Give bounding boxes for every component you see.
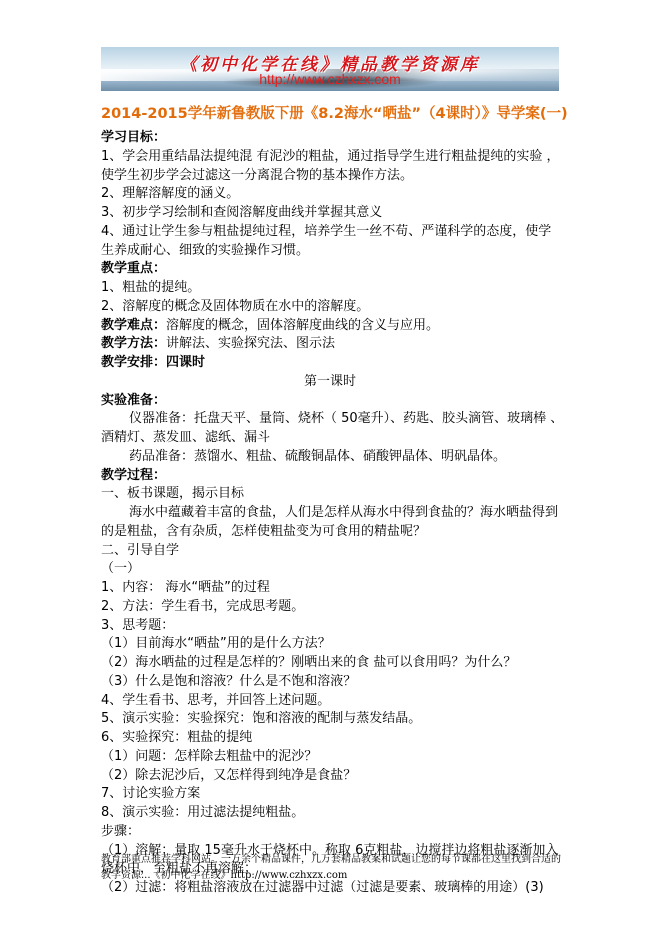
text-line: 一、板书课题，揭示目标 <box>101 484 244 503</box>
section-label-line: 学习目标： <box>101 128 166 147</box>
text-line: （2）除去泥沙后，又怎样得到纯净是食盐？ <box>101 766 356 785</box>
field-value: 讲解法、实验探究法、图示法 <box>166 336 335 351</box>
text-line: （3）什么是饱和溶液？什么是不饱和溶液？ <box>101 672 356 691</box>
text-line: 6、实验探究：粗盐的提纯 <box>101 728 252 747</box>
field-label: 教学难点： <box>101 318 166 333</box>
text-line: 二、引导自学 <box>101 541 179 560</box>
text-line: 3、初步学习绘制和查阅溶解度曲线并掌握其意义 <box>101 203 382 222</box>
document-title: 2014-2015学年新鲁教版下册《8.2海水“晒盐”（4课时）》导学案(一) <box>101 102 571 123</box>
header-banner: 《初中化学在线》精品教学资源库 http://www.czhxzx.com <box>101 47 559 91</box>
text-line: 1、粗盐的提纯。 <box>101 278 200 297</box>
text-line: 海水中蕴藏着丰富的食盐，人们是怎样从海水中得到食盐的？海水晒盐得到 <box>101 503 558 522</box>
footer-line-2: 教学资源...《初中化学在线》http://www.czhxzx.com <box>101 868 561 884</box>
banner-url[interactable]: http://www.czhxzx.com <box>101 71 559 87</box>
text-line: （1）问题：怎样除去粗盐中的泥沙？ <box>101 747 317 766</box>
text-line: 4、学生看书、思考，并回答上述问题。 <box>101 691 330 710</box>
text-line: 3、思考题： <box>101 616 174 635</box>
text-line: 酒精灯、蒸发皿、滤纸、漏斗 <box>101 428 270 447</box>
text-line: 使学生初步学会过滤这一分离混合物的基本操作方法。 <box>101 166 413 185</box>
text-line: （1）目前海水“晒盐”用的是什么方法？ <box>101 634 331 653</box>
section-label-line: 实验准备： <box>101 391 166 410</box>
text-line: 4、通过让学生参与粗盐提纯过程，培养学生一丝不苟、严谨科学的态度，使学 <box>101 222 551 241</box>
text-line: 1、内容： 海水“晒盐”的过程 <box>101 578 270 597</box>
text-line: 2、理解溶解度的涵义。 <box>101 184 239 203</box>
text-line: 8、演示实验：用过滤法提纯粗盐。 <box>101 803 304 822</box>
section-label-line: 教学重点： <box>101 259 166 278</box>
section-label-line: 教学安排：四课时 <box>101 353 205 372</box>
section-label-line: 教学过程： <box>101 466 166 485</box>
text-line: 的是粗盐，含有杂质，怎样使粗盐变为可食用的精盐呢？ <box>101 522 426 541</box>
section-label-line: 教学难点：溶解度的概念，固体溶解度曲线的含义与应用。 <box>101 316 439 335</box>
field-value: 溶解度的概念，固体溶解度曲线的含义与应用。 <box>166 318 439 333</box>
field-label: 教学方法： <box>101 336 166 351</box>
text-line: 5、演示实验：实验探究：饱和溶液的配制与蒸发结晶。 <box>101 709 421 728</box>
text-line: 仪器准备：托盘天平、量筒、烧杯（ 50毫升）、药匙、胶头滴管、玻璃棒 、 <box>101 409 563 428</box>
section-heading: 第一课时 <box>101 372 559 391</box>
text-line: （一） <box>101 559 140 578</box>
text-line: 1、学会用重结晶法提纯混 有泥沙的粗盐，通过指导学生进行粗盐提纯的实验 ， <box>101 147 560 166</box>
field-value: 四课时 <box>166 355 205 370</box>
text-line: 7、讨论实验方案 <box>101 784 200 803</box>
page-footer: 教育部重点推荐学科网站。一万余个精品课件，几万套精品教案和试题让您的每节课都在这… <box>101 852 561 884</box>
text-line: 2、溶解度的概念及固体物质在水中的溶解度。 <box>101 297 369 316</box>
text-line: 药品准备：蒸馏水、粗盐、硫酸铜晶体、硝酸钾晶体、明矾晶体。 <box>101 447 506 466</box>
text-line: 2、方法：学生看书，完成思考题。 <box>101 597 304 616</box>
text-line: 步骤： <box>101 822 140 841</box>
field-label: 教学安排： <box>101 355 166 370</box>
text-line: 生养成耐心、细致的实验操作习惯。 <box>101 241 309 260</box>
section-label-line: 教学方法：讲解法、实验探究法、图示法 <box>101 334 335 353</box>
text-line: （2）海水晒盐的过程是怎样的？刚晒出来的食 盐可以食用吗？为什么？ <box>101 653 516 672</box>
footer-line-1: 教育部重点推荐学科网站。一万余个精品课件，几万套精品教案和试题让您的每节课都在这… <box>101 852 561 868</box>
